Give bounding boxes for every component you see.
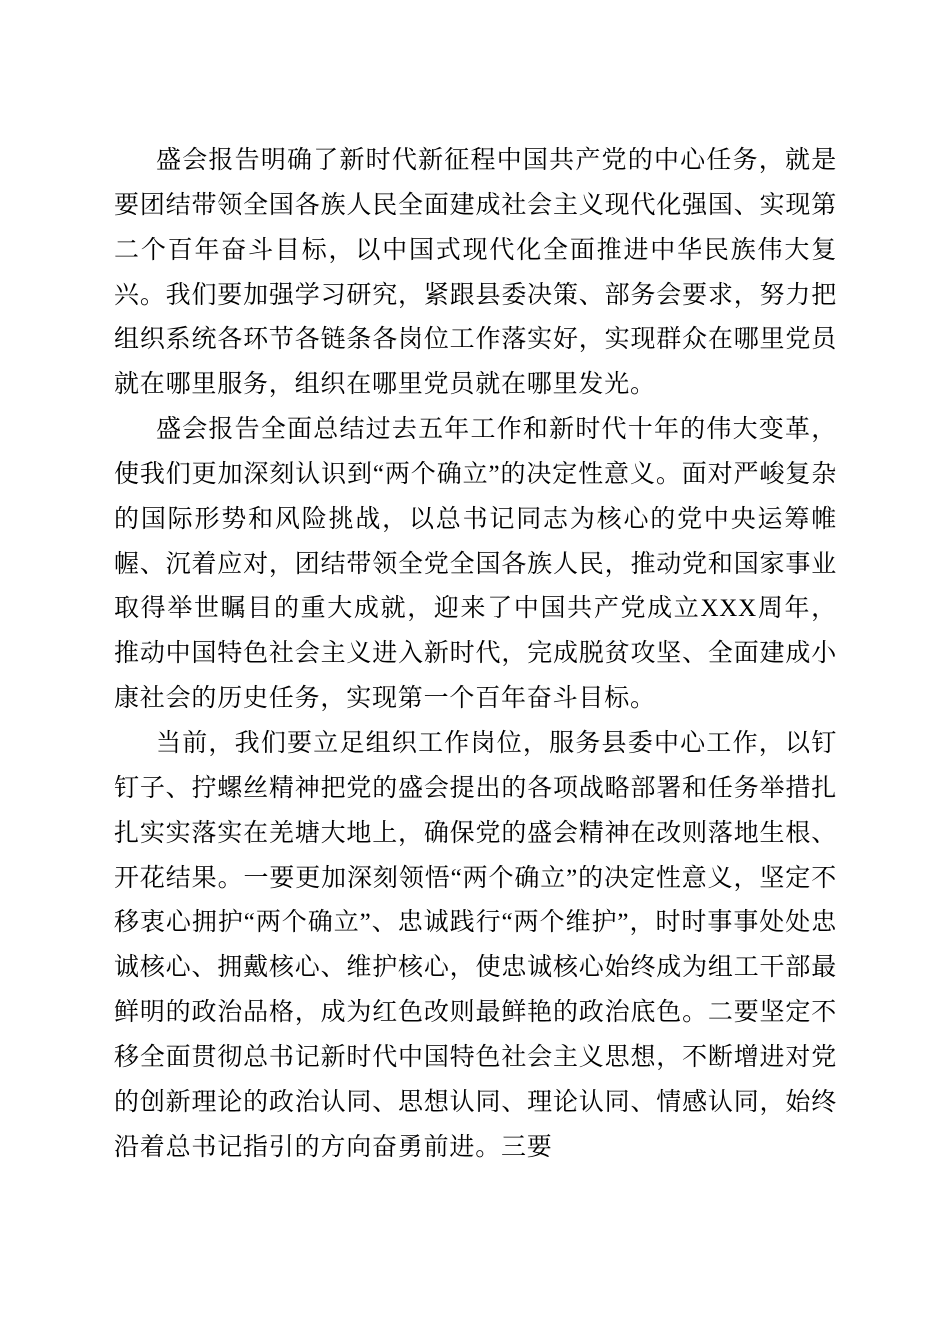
document-page: 盛会报告明确了新时代新征程中国共产党的中心任务，就是要团结带领全国各族人民全面建… [0, 0, 950, 1344]
paragraph-implementation: 当前，我们要立足组织工作岗位，服务县委中心工作，以钉钉子、拧螺丝精神把党的盛会提… [114, 722, 837, 1170]
paragraph-central-task: 盛会报告明确了新时代新征程中国共产党的中心任务，就是要团结带领全国各族人民全面建… [114, 139, 837, 408]
paragraph-summary-decade: 盛会报告全面总结过去五年工作和新时代十年的伟大变革，使我们更加深刻认识到“两个确… [114, 408, 837, 722]
